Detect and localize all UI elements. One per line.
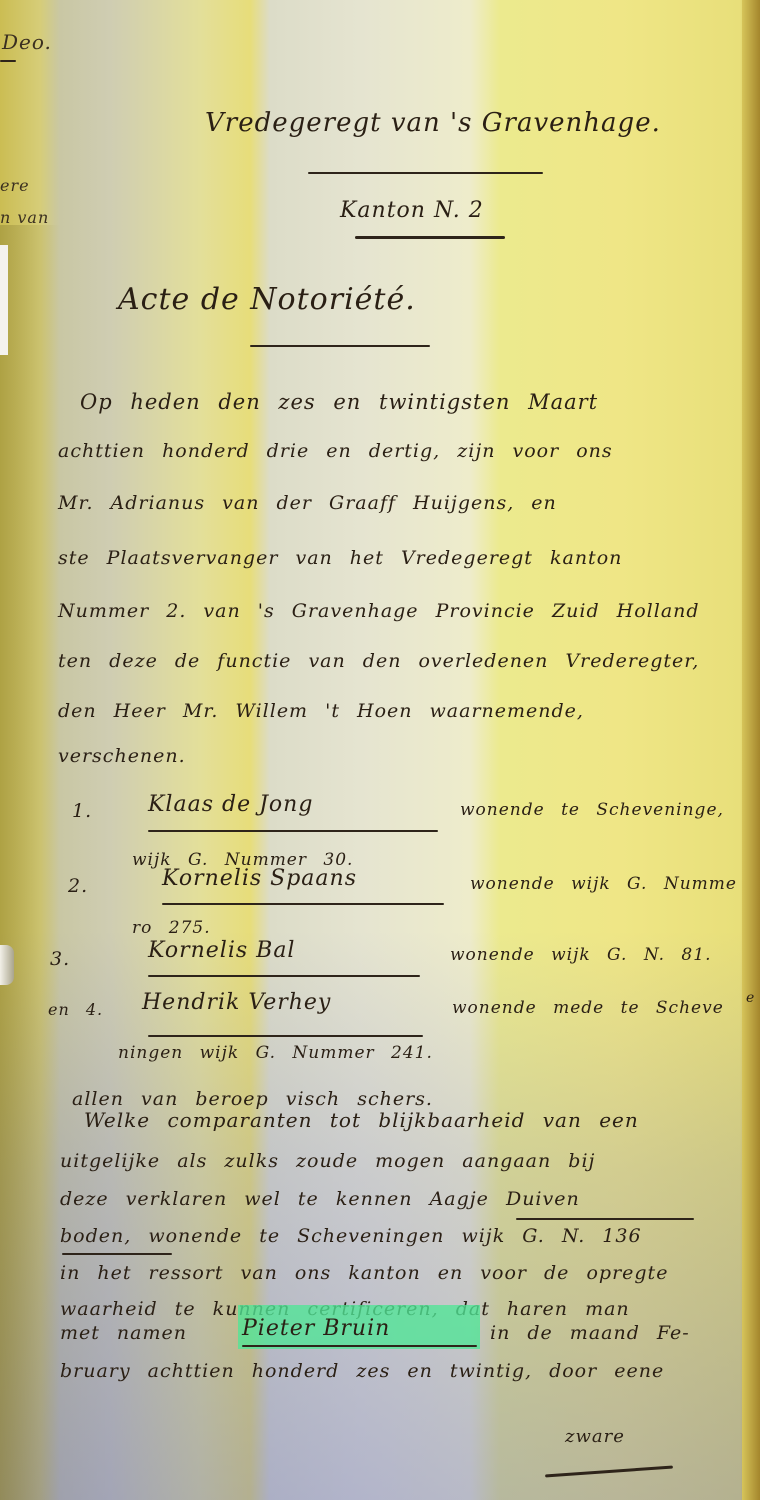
name-rule <box>162 903 444 905</box>
margin-fragment: Deo. <box>2 30 52 54</box>
name-rule <box>148 1035 423 1037</box>
witness-name: Hendrik Verhey <box>142 990 331 1015</box>
text-line: met namen <box>60 1322 187 1344</box>
margin-fragment: ere <box>0 176 30 195</box>
text-line: achttien honderd drie en dertig, zijn vo… <box>58 440 613 462</box>
text-line: boden, wonende te Scheveningen wijk G. N… <box>60 1225 642 1247</box>
text-line: deze verklaren wel te kennen Aagje Duive… <box>60 1188 580 1210</box>
page-mark: e <box>746 990 755 1006</box>
canton-rule <box>355 236 505 239</box>
text-line: uitgelijke als zulks zoude mogen aangaan… <box>60 1150 595 1172</box>
witness-address-cont: ro 275. <box>132 918 211 938</box>
witness-name: Kornelis Spaans <box>162 866 357 891</box>
paper-tab <box>0 245 8 355</box>
heading-rule <box>308 172 543 174</box>
text-line: in de maand Fe- <box>490 1322 690 1344</box>
witness-address: wonende wijk G. N. 81. <box>450 945 711 965</box>
name-rule <box>148 830 438 832</box>
witness-address-cont: ningen wijk G. Nummer 241. <box>118 1043 433 1063</box>
name-rule <box>148 975 420 977</box>
margin-fragment: n van <box>0 208 49 227</box>
witness-name: Klaas de Jong <box>148 792 313 817</box>
text-line: ste Plaatsvervanger van het Vredegeregt … <box>58 547 622 569</box>
text-line: bruary achttien honderd zes en twintig, … <box>60 1360 664 1382</box>
witness-name: Kornelis Bal <box>148 938 295 963</box>
margin-rule <box>0 60 16 62</box>
witness-address: wonende wijk G. Numme <box>470 874 737 894</box>
witness-address: wonende te Scheveninge, <box>460 800 724 820</box>
text-line: Welke comparanten tot blijkbaarheid van … <box>84 1108 639 1132</box>
text-line: in het ressort van ons kanton en voor de… <box>60 1262 668 1284</box>
highlighted-name: Pieter Bruin <box>242 1316 390 1341</box>
witness-number: 1. <box>72 800 92 822</box>
act-title: Acte de Notoriété. <box>118 282 416 317</box>
text-line: ten deze de functie van den overledenen … <box>58 650 699 672</box>
court-heading: Vredegeregt van 's Gravenhage. <box>205 108 661 138</box>
canton-heading: Kanton N. 2 <box>340 198 484 223</box>
occupation-line: allen van beroep visch schers. <box>72 1088 433 1110</box>
name-rule <box>62 1253 172 1255</box>
catchword: zware <box>565 1426 625 1447</box>
text-line: den Heer Mr. Willem 't Hoen waarnemende, <box>58 700 584 722</box>
witness-number: 3. <box>50 948 70 970</box>
text-line: Nummer 2. van 's Gravenhage Provincie Zu… <box>58 600 700 622</box>
text-line: verschenen. <box>58 745 186 767</box>
witness-address: wonende mede te Scheve <box>452 998 724 1018</box>
title-rule <box>250 345 430 347</box>
page-edge <box>742 0 760 1500</box>
text-line: Op heden den zes en twintigsten Maart <box>80 390 598 414</box>
name-rule <box>516 1218 694 1220</box>
witness-number: 2. <box>68 875 88 897</box>
page-shadow <box>0 225 60 1500</box>
text-line: Mr. Adrianus van der Graaff Huijgens, en <box>58 492 557 514</box>
binding-pin <box>0 945 14 985</box>
name-rule <box>242 1345 477 1347</box>
witness-number: en 4. <box>48 1000 103 1019</box>
